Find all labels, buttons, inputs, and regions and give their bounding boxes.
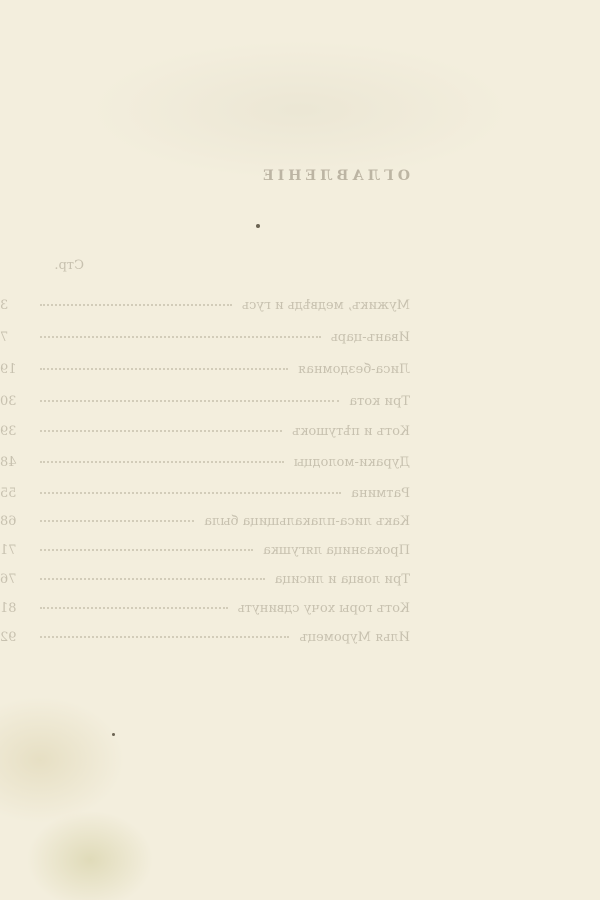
toc-entry: Илья Муромецъ92: [0, 630, 410, 645]
toc-entry: Котъ и пѣтушокъ39: [0, 424, 410, 439]
toc-heading: ОГЛАВЛЕНІЕ: [270, 168, 410, 184]
ink-speck: [112, 733, 115, 736]
toc-entry: Три кота30: [0, 394, 410, 409]
toc-entry: Мужикъ, медвѣдь и гусь3: [0, 298, 410, 313]
toc-entry: Иванъ-царь7: [0, 330, 410, 345]
toc-entry: Дураки-молодцы48: [0, 455, 410, 470]
toc-entry: Три ловца и лисица76: [0, 572, 410, 587]
show-through-text: ОГЛАВЛЕНІЕ Стр. Мужикъ, медвѣдь и гусь3 …: [0, 0, 600, 900]
toc-entry: Проказница лягушка71: [0, 543, 410, 558]
toc-entry: Лиса-бездомная19: [0, 362, 410, 377]
toc-entry: Котъ горы хочу сдвинуть81: [0, 601, 410, 616]
page-column-header: Стр.: [54, 258, 84, 273]
toc-entry: Какъ лиса-плакальщица была68: [0, 514, 410, 529]
ink-speck: [256, 224, 260, 228]
toc-entry: Ратмина55: [0, 486, 410, 501]
